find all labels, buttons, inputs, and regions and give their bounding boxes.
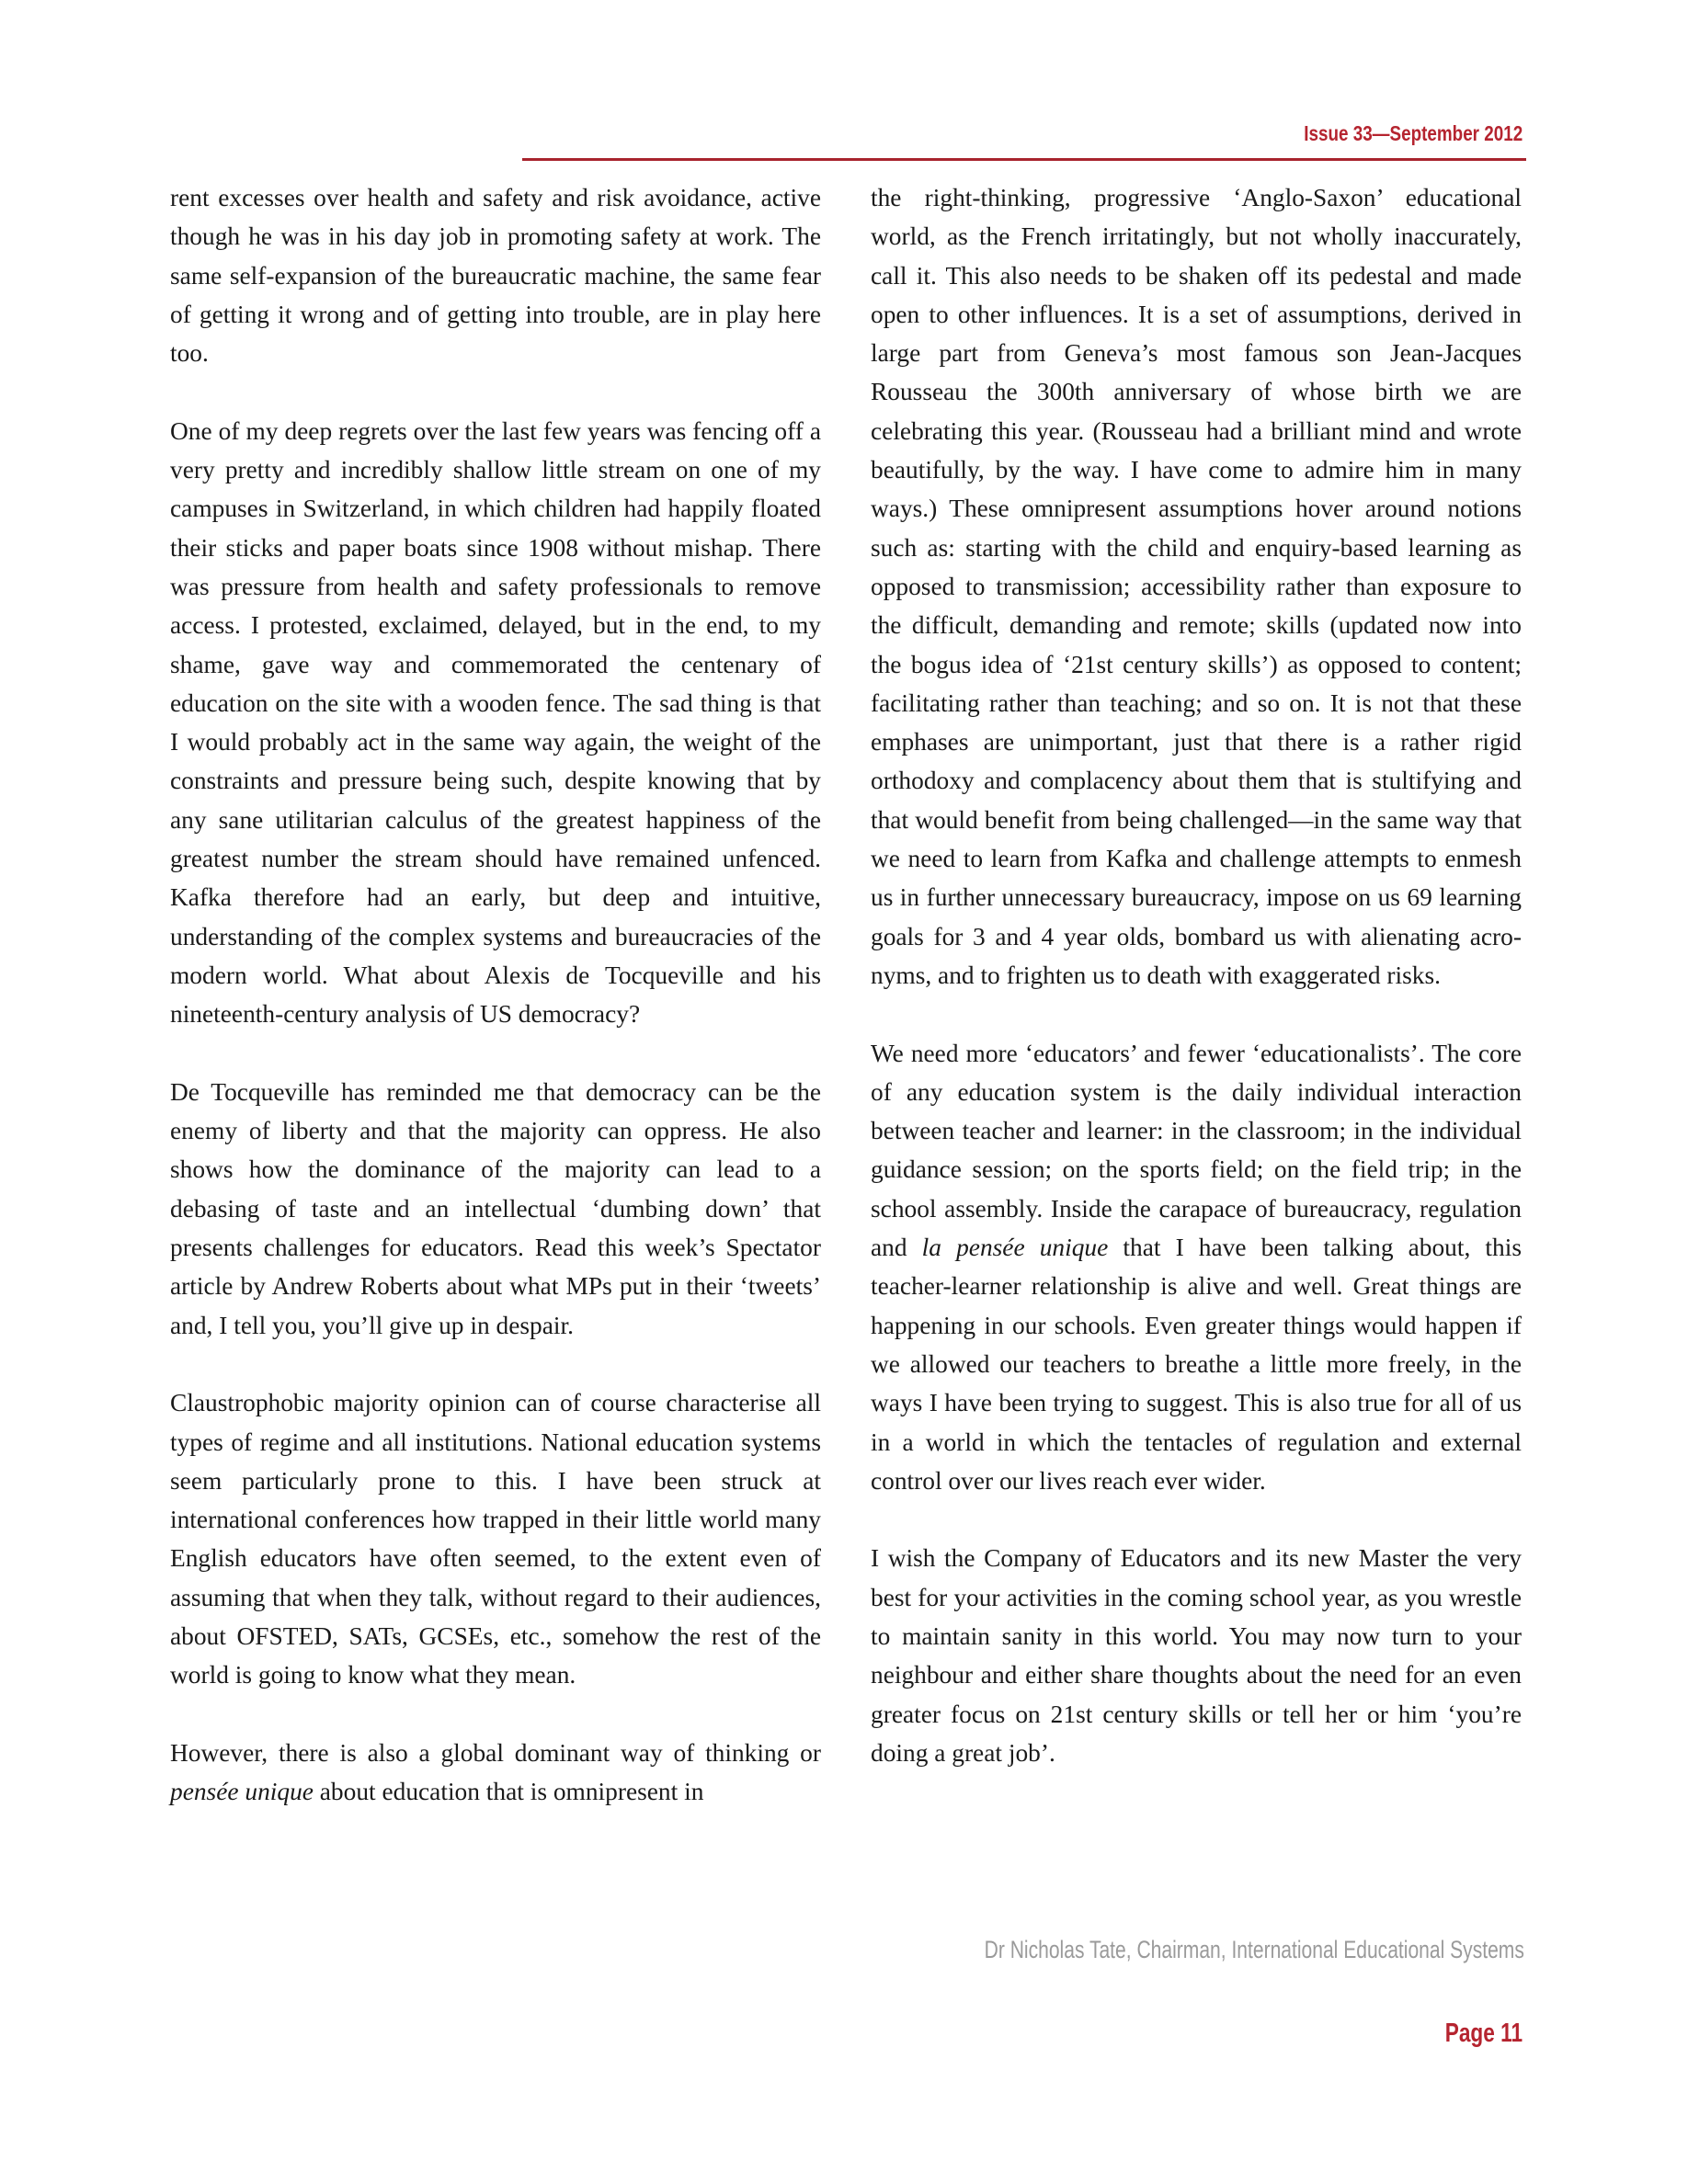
article-paragraph: rent excesses over health and safety and…: [170, 178, 821, 372]
paragraph-text: about education that is omnipresent in: [314, 1778, 703, 1805]
article-paragraph: One of my deep regrets over the last few…: [170, 412, 821, 1034]
page-number: Page 11: [1445, 2019, 1523, 2049]
article-paragraph: Claustrophobic majority opinion can of c…: [170, 1383, 821, 1694]
italic-phrase: pensée unique: [170, 1778, 314, 1805]
article-paragraph: However, there is also a global dominant…: [170, 1734, 821, 1812]
article-column-right: the right-thinking, progressive ‘Anglo-S…: [871, 178, 1522, 1772]
article-paragraph: De Tocqueville has reminded me that demo…: [170, 1073, 821, 1345]
paragraph-text: that I have been talking about, this tea…: [871, 1234, 1522, 1495]
article-column-left: rent excesses over health and safety and…: [170, 178, 821, 1811]
italic-phrase: la pensée unique: [922, 1234, 1109, 1261]
header-divider: [522, 158, 1526, 161]
article-paragraph: We need more ‘educators’ and fewer ‘educ…: [871, 1034, 1522, 1501]
article-paragraph: I wish the Company of Educators and its …: [871, 1539, 1522, 1772]
author-signature: Dr Nicholas Tate, Chairman, Internationa…: [985, 1936, 1524, 1964]
paragraph-text: However, there is also a global dominant…: [170, 1739, 821, 1767]
issue-date-header: Issue 33—September 2012: [1304, 121, 1523, 146]
paragraph-text: We need more ‘educators’ and fewer ‘educ…: [871, 1040, 1522, 1261]
article-paragraph: the right-thinking, progressive ‘Anglo-S…: [871, 178, 1522, 995]
